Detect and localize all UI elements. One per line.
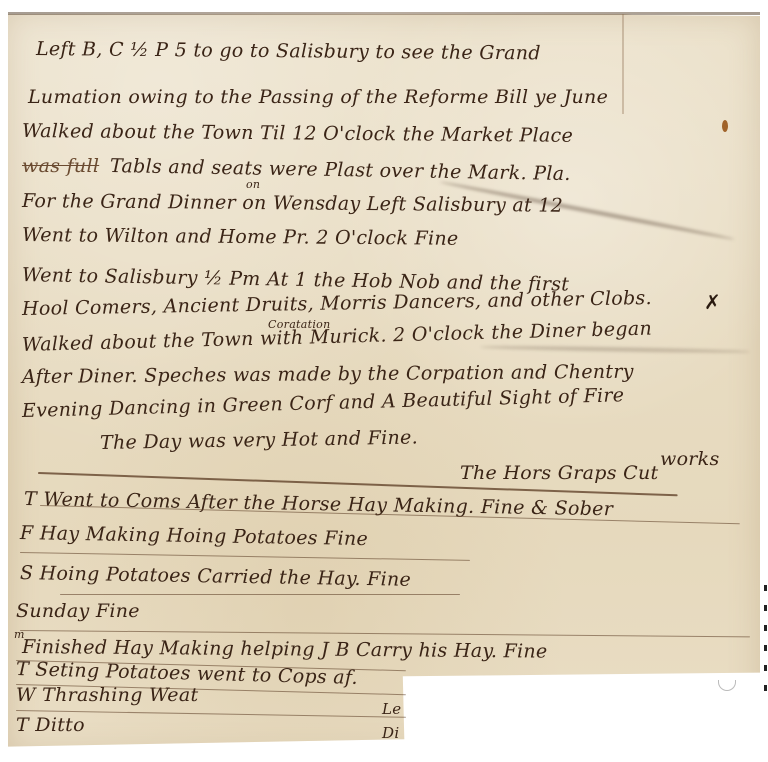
- paper-fold: [622, 14, 624, 114]
- caret-insertion: on: [246, 178, 260, 191]
- struck-text: was full: [22, 155, 99, 177]
- scanned-document: Left B, C ½ P 5 to go to Salisbury to se…: [0, 0, 768, 762]
- torn-fragment: Di: [382, 724, 399, 742]
- manuscript-line: works: [660, 448, 720, 470]
- diary-entry-sunday: Sunday Fine: [16, 600, 140, 622]
- diary-entry-wednesday: W Thrashing Weat: [16, 684, 198, 706]
- ruled-line: [60, 594, 460, 595]
- manuscript-line: Left B, C ½ P 5 to go to Salisbury to se…: [36, 38, 541, 64]
- diary-entry-thursday-2: T Ditto: [16, 714, 85, 736]
- manuscript-line: For the Grand Dinner on Wensday Left Sal…: [22, 190, 563, 217]
- paper-top-edge: [8, 12, 760, 15]
- paper-hole: [718, 680, 736, 691]
- scan-edge: [764, 585, 767, 705]
- ink-stain: [722, 120, 728, 132]
- diary-entry-monday: Finished Hay Making helping J B Carry hi…: [22, 636, 548, 663]
- torn-fragment: Le: [382, 700, 401, 718]
- manuscript-line: The Hors Graps Cut: [460, 462, 658, 484]
- cross-mark: ✗: [704, 290, 721, 314]
- manuscript-line: Went to Wilton and Home Pr. 2 O'clock Fi…: [22, 224, 459, 250]
- manuscript-line: Lumation owing to the Passing of the Ref…: [28, 86, 608, 108]
